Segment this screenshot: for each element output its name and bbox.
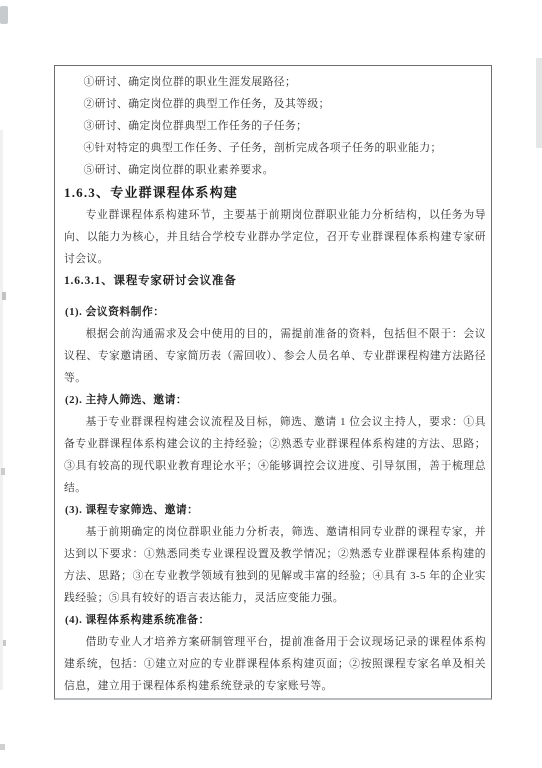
block-body-meeting-materials: 根据会前沟通需求及会中使用的目的，需提前准备的资料，包括但不限于：会议议程、专家… [64,323,486,389]
block-body-system-preparation: 借助专业人才培养方案研制管理平台，提前准备用于会议现场记录的课程体系构建系统，包… [64,631,486,697]
heading-1-6-3-1: 1.6.3.1、课程专家研讨会议准备 [64,270,486,292]
document-content-cell: ①研讨、确定岗位群的职业生涯发展路径； ②研讨、确定岗位群的典型工作任务，及其等… [54,65,492,700]
scan-speck [1,468,5,475]
heading-1-6-3: 1.6.3、专业群课程体系构建 [64,181,486,204]
preamble-item-4: ④针对特定的典型工作任务、子任务，剖析完成各项子任务的职业能力； [64,137,486,159]
preamble-item-2: ②研讨、确定岗位群的典型工作任务，及其等级； [64,93,486,115]
scan-speck [0,744,5,750]
preamble-item-3: ③研讨、确定岗位群典型工作任务的子任务； [64,115,486,137]
scan-edge-strip-left [0,130,3,690]
block-label-expert-selection: (3). 课程专家筛选、邀请： [64,499,486,521]
scan-speck [2,292,6,300]
heading-1-6-3-2: 1.6.3.2、课程专家研讨会议召开 [64,697,486,700]
scan-smudge-right-edge [536,58,542,148]
block-body-host-selection: 基于专业群课程构建会议流程及目标，筛选、邀请 1 位会议主持人，要求：①具备专业… [64,411,486,499]
scan-smudge-top-left [0,6,8,24]
preamble-item-1: ①研讨、确定岗位群的职业生涯发展路径； [64,71,486,93]
block-label-meeting-materials: (1). 会议资料制作： [64,301,486,323]
scanned-document-page: { "colors": { "page_background": "#fffff… [0,0,542,768]
block-label-host-selection: (2). 主持人筛选、邀请： [64,389,486,411]
block-body-expert-selection: 基于前期确定的岗位群职业能力分析表，筛选、邀请相同专业群的课程专家，并达到以下要… [64,521,486,609]
scan-speck [3,640,6,646]
block-label-system-preparation: (4). 课程体系构建系统准备： [64,609,486,631]
preamble-item-5: ⑤研讨、确定岗位群的职业素养要求。 [64,159,486,181]
section-1-6-3-intro: 专业群课程体系构建环节，主要基于前期岗位群职业能力分析结构，以任务为导向、以能力… [64,204,486,270]
